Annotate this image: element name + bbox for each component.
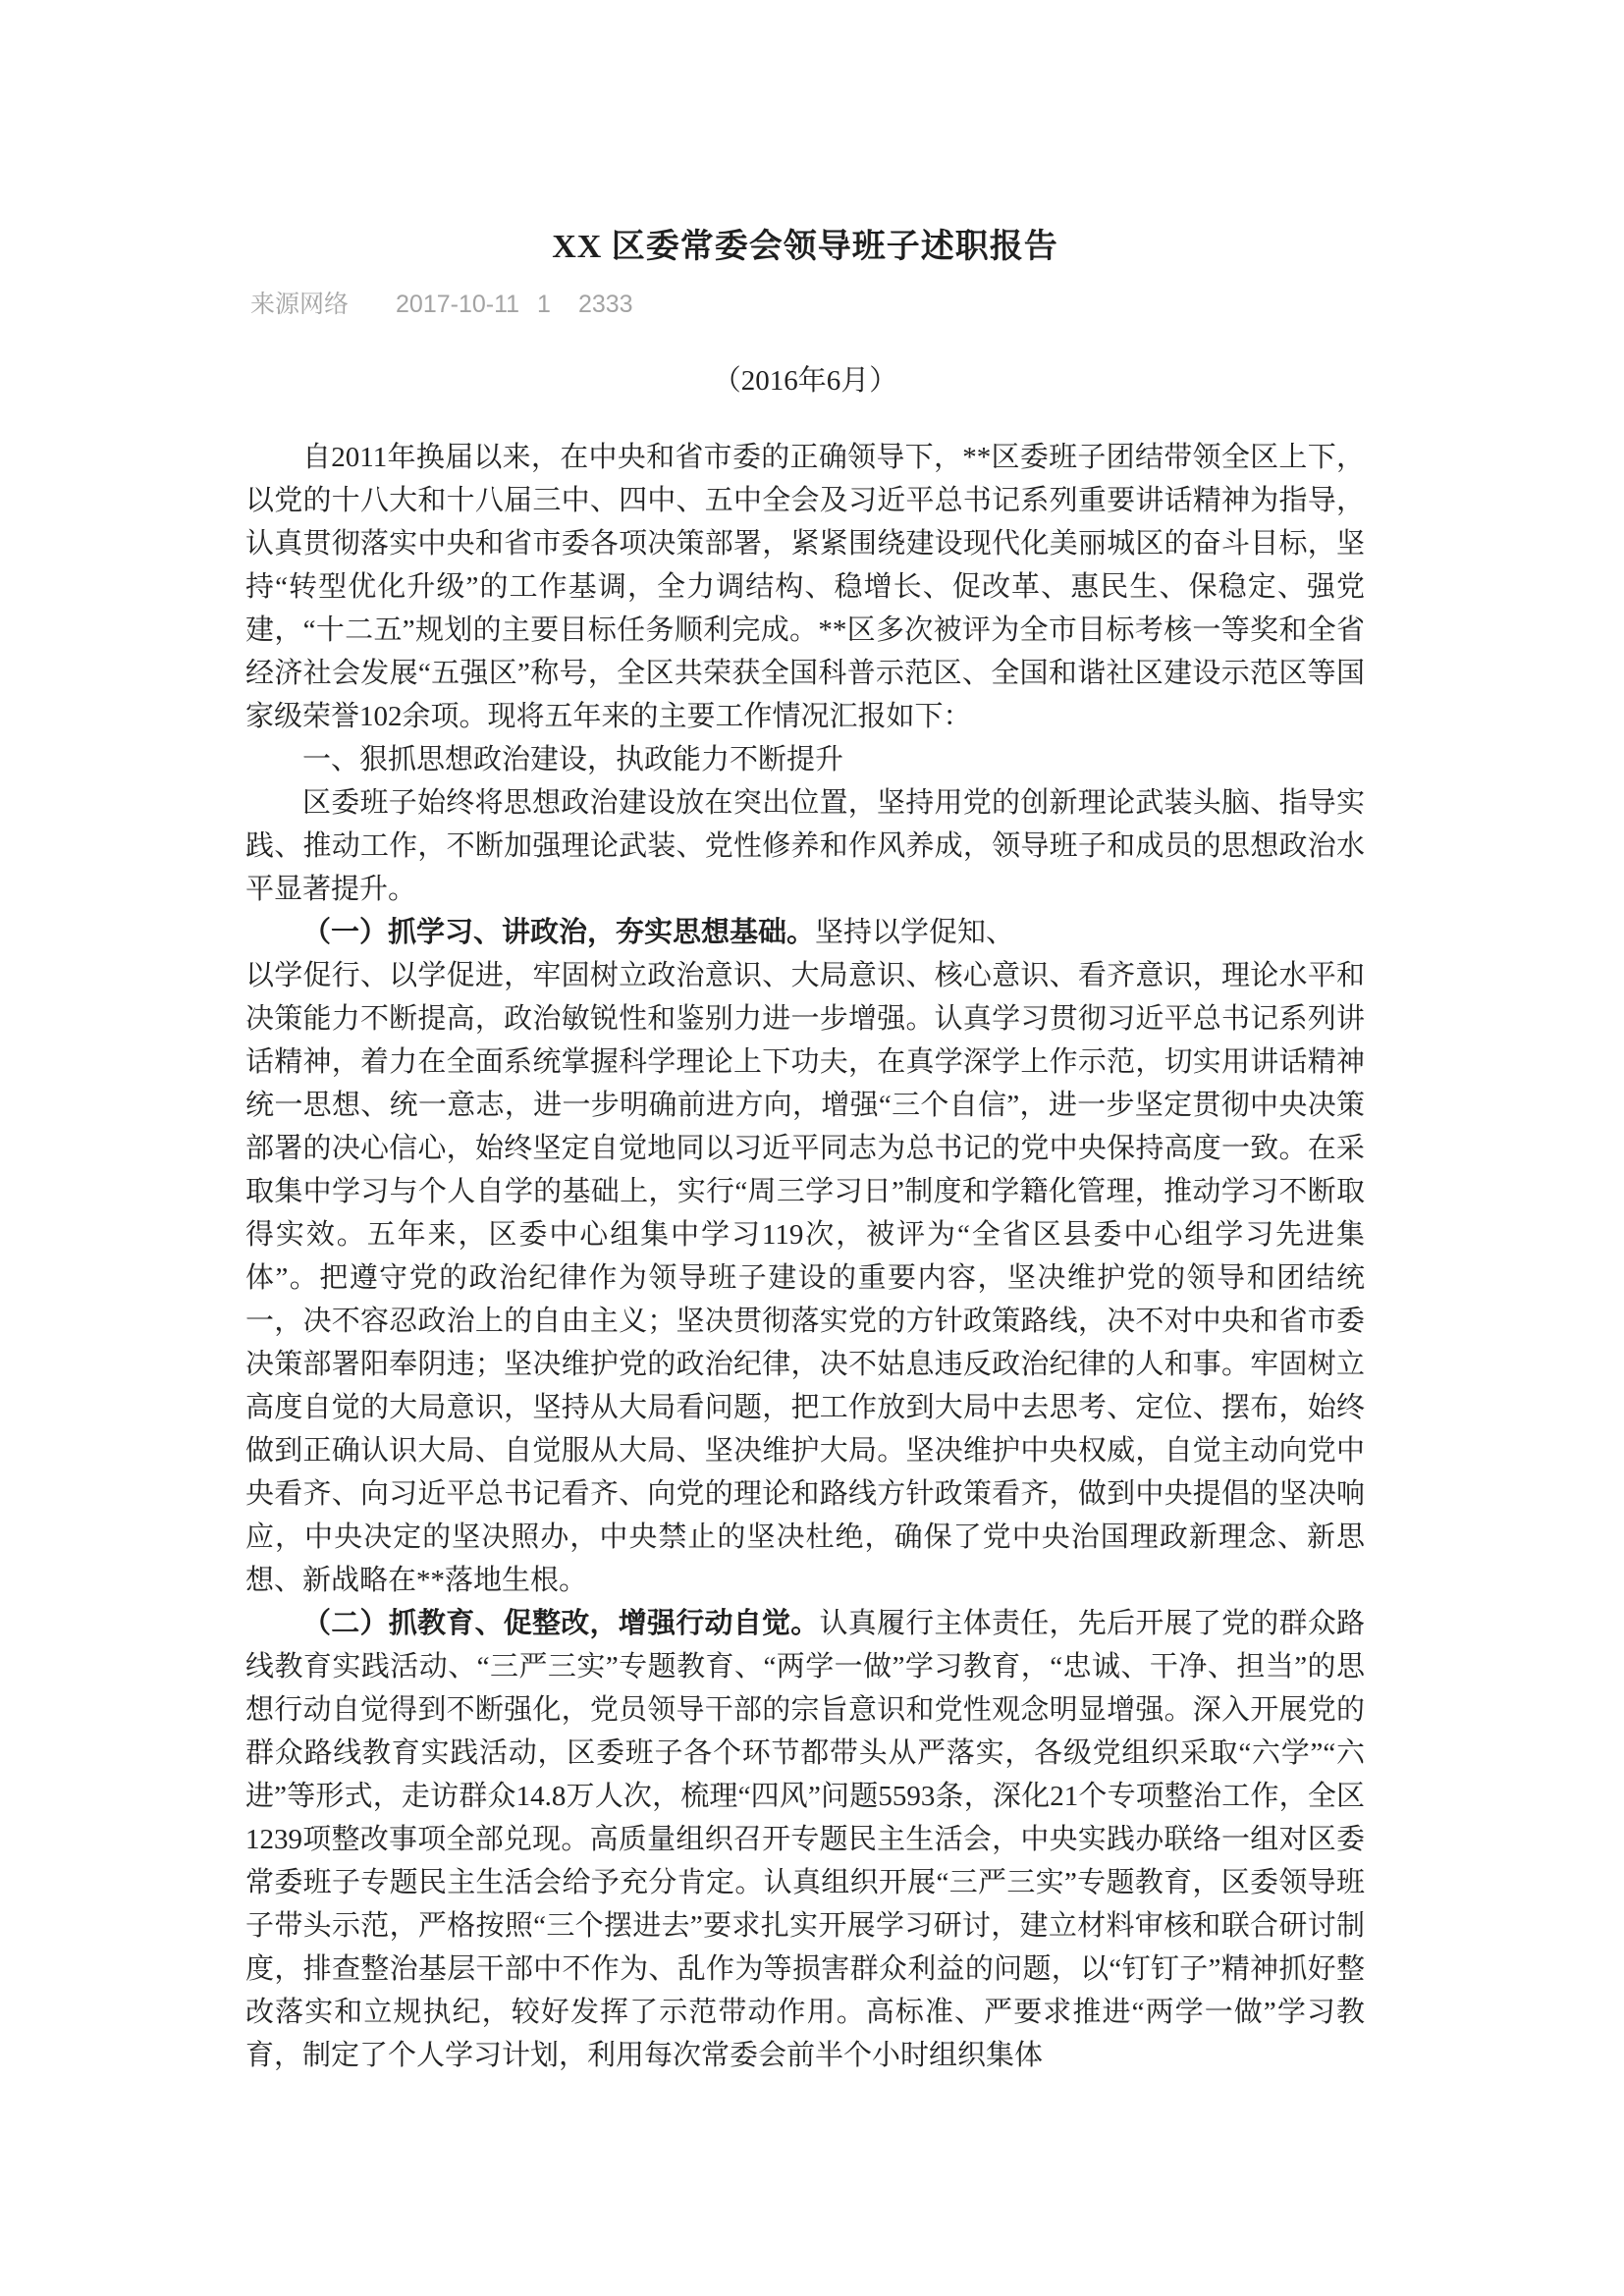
paragraph-thought-building: 区委班子始终将思想政治建设放在突出位置，坚持用党的创新理论武装头脑、指导实践、推… <box>245 781 1365 911</box>
section-heading-1: 一、狠抓思想政治建设，执政能力不断提升 <box>245 738 1365 781</box>
paragraph-education-lead: （二）抓教育、促整改，增强行动自觉。 <box>302 1608 820 1639</box>
paragraph-study-lead: （一）抓学习、讲政治，夯实思想基础。 <box>302 917 815 948</box>
paragraph-study-politics: （一）抓学习、讲政治，夯实思想基础。坚持以学促知、 <box>245 911 1365 954</box>
meta-date: 2017-10-11 <box>396 291 519 318</box>
meta-row: 来源网络2017-10-1112333 <box>245 290 1365 320</box>
paragraph-intro: 自2011年换届以来，在中央和省市委的正确领导下，**区委班子团结带领全区上下，… <box>245 436 1365 738</box>
paragraph-study-first-line: 坚持以学促知、 <box>815 917 1014 948</box>
paragraph-education-rectify: （二）抓教育、促整改，增强行动自觉。认真履行主体责任，先后开展了党的群众路线教育… <box>245 1602 1365 2077</box>
meta-view-count: 2333 <box>578 291 633 318</box>
paragraph-education-text: 认真履行主体责任，先后开展了党的群众路线教育实践活动、“三严三实”专题教育、“两… <box>245 1608 1365 2071</box>
meta-comment-count: 1 <box>537 291 551 318</box>
meta-source: 来源网络 <box>250 292 349 318</box>
document-page: XX 区委常委会领导班子述职报告 来源网络2017-10-1112333 （20… <box>0 0 1624 2296</box>
document-body: 自2011年换届以来，在中央和省市委的正确领导下，**区委班子团结带领全区上下，… <box>245 436 1365 2077</box>
paragraph-study-continued: 以学促行、以学促进，牢固树立政治意识、大局意识、核心意识、看齐意识，理论水平和决… <box>245 954 1365 1602</box>
document-title: XX 区委常委会领导班子述职报告 <box>245 228 1365 268</box>
document-subtitle: （2016年6月） <box>245 361 1365 400</box>
